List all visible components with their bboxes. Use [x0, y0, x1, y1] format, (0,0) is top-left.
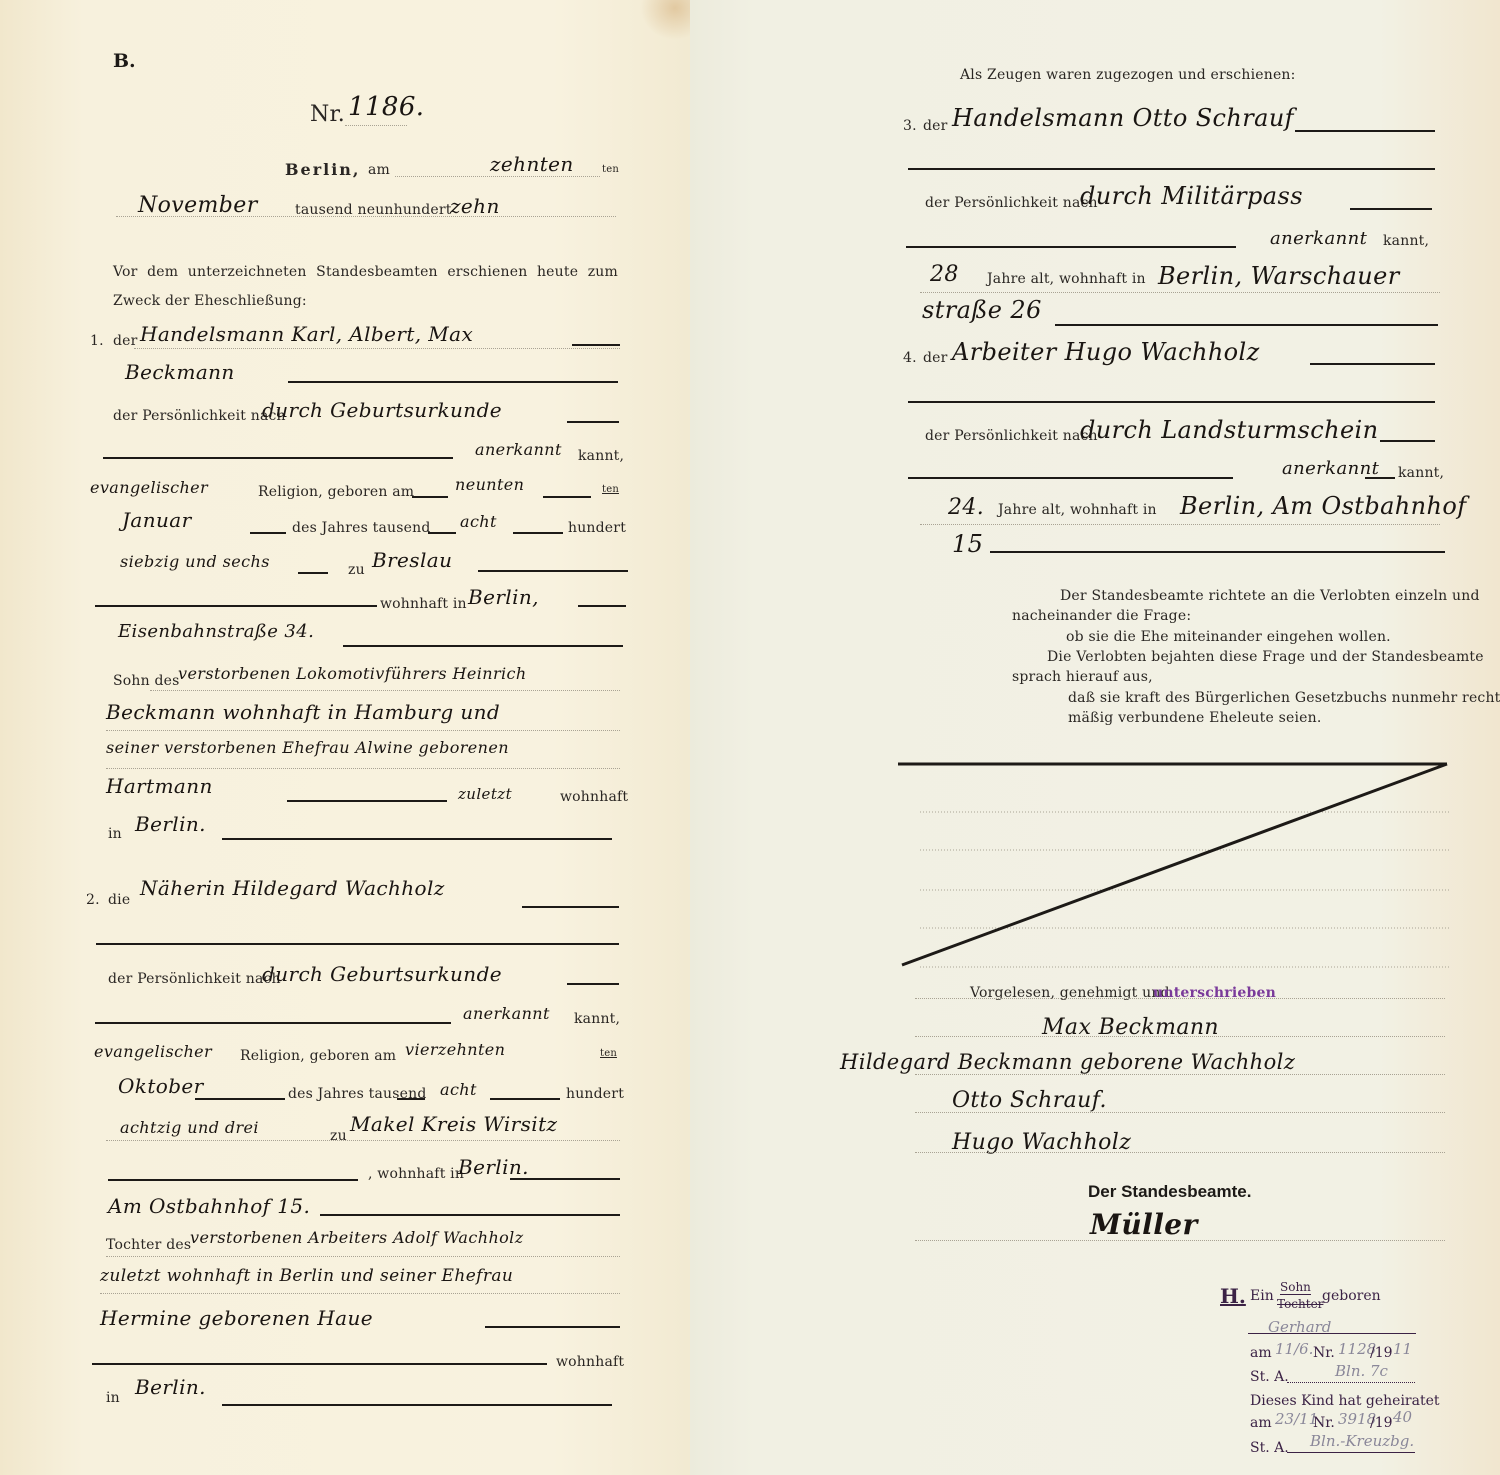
groom-mother: seiner verstorbenen Ehefrau Alwine gebor…	[106, 738, 509, 757]
record-number-label: Nr.	[310, 102, 345, 127]
bride-birth-month: Oktober	[118, 1074, 204, 1098]
bride-birth-century: acht	[440, 1080, 477, 1099]
bride-birthplace-label: zu	[330, 1128, 347, 1144]
groom-last-label: zuletzt	[458, 785, 512, 803]
birth-year-prefix: /19	[1370, 1345, 1393, 1361]
groom-religion-value: evangelischer	[90, 478, 208, 497]
groom-religion-label: Religion, geboren am	[258, 484, 414, 500]
witness3-number: 3.	[903, 118, 917, 134]
bride-birthplace: Makel Kreis Wirsitz	[350, 1112, 557, 1136]
marginal-ein: Ein	[1250, 1288, 1274, 1304]
bride-religion-value: evangelischer	[94, 1042, 212, 1061]
groom-identity-value: durch Geburtsurkunde	[262, 398, 502, 422]
marginal-letter: H.	[1220, 1284, 1246, 1308]
witness3-identity-value: durch Militärpass	[1080, 182, 1303, 210]
groom-hundred-label: hundert	[568, 520, 626, 536]
month-value: November	[138, 193, 258, 218]
marginal-sohn: Sohn	[1280, 1280, 1311, 1295]
groom-residence-label: wohnhaft in	[380, 596, 467, 612]
groom-residence-city: Berlin,	[468, 585, 539, 609]
groom-birth-century: acht	[460, 512, 497, 531]
witness4-article: der	[923, 350, 948, 366]
bride-birth-year-words: achtzig und drei	[120, 1118, 259, 1137]
witness4-identity-label: der Persönlichkeit nach	[925, 428, 1098, 444]
bride-mother: Hermine geborenen Haue	[100, 1306, 373, 1330]
witness4-known-label: kannt,	[1398, 465, 1444, 481]
groom-last-residence: Berlin.	[135, 812, 206, 836]
witness4-residence-line2: 15	[952, 530, 983, 558]
bride-residence-label: , wohnhaft in	[368, 1166, 464, 1182]
bride-parents-label: Tochter des	[106, 1237, 191, 1253]
groom-birth-day: neunten	[455, 475, 524, 494]
registrar-label: Der Standesbeamte.	[1088, 1182, 1251, 1202]
bride-last-residence-label: wohnhaft	[556, 1354, 624, 1370]
birth-year: 11	[1393, 1340, 1412, 1358]
groom-article: der	[113, 333, 138, 349]
witness4-number: 4.	[903, 350, 917, 366]
record-number: 1186.	[348, 92, 424, 122]
bride-occupation-name: Näherin Hildegard Wachholz	[140, 876, 445, 900]
witness3-known-value: anerkannt	[1270, 228, 1367, 249]
registrar-signature: Müller	[1090, 1208, 1198, 1241]
groom-birth-day-suffix: ten	[602, 484, 619, 495]
bride-identity-value: durch Geburtsurkunde	[262, 962, 502, 986]
declaration-line6: daß sie kraft des Bürgerlichen Gesetzbuc…	[1068, 690, 1500, 706]
groom-identity-label: der Persönlichkeit nach	[113, 408, 286, 424]
left-page: B. Nr. 1186. Berlin, am zehnten ten Nove…	[0, 0, 690, 1475]
witness3-occupation-name: Handelsmann Otto Schrauf	[952, 104, 1294, 132]
groom-known-label: kannt,	[578, 448, 624, 464]
witness4-residence: Berlin, Am Ostbahnhof	[1180, 492, 1467, 520]
bride-father: verstorbenen Arbeiters Adolf Wachholz	[190, 1228, 524, 1247]
declaration-line7: mäßig verbundene Eheleute seien.	[1068, 710, 1322, 726]
bride-religion-label: Religion, geboren am	[240, 1048, 396, 1064]
bride-number: 2.	[86, 892, 100, 908]
groom-residence-street: Eisenbahnstraße 34.	[118, 621, 314, 642]
bride-signature: Hildegard Beckmann geborene Wachholz	[840, 1050, 1295, 1074]
groom-parents-label: Sohn des	[113, 673, 180, 689]
witness4-identity-value: durch Landsturmschein	[1080, 416, 1379, 444]
birth-date: 11/6.	[1275, 1340, 1313, 1358]
birth-office-label: St. A.	[1250, 1369, 1289, 1385]
bride-hundred-label: hundert	[566, 1086, 624, 1102]
groom-last-residence-prefix: in	[108, 826, 122, 842]
marriage-office: Bln.-Kreuzbg.	[1310, 1432, 1414, 1450]
day-suffix: ten	[602, 164, 619, 175]
bride-article: die	[108, 892, 130, 908]
groom-birthplace-label: zu	[348, 562, 365, 578]
form-letter: B.	[113, 50, 136, 72]
marriage-nr-label: Nr.	[1313, 1415, 1335, 1431]
witness4-age-label: Jahre alt, wohnhaft in	[998, 502, 1157, 518]
groom-known-value: anerkannt	[475, 440, 562, 459]
cancellation-strike-icon	[890, 750, 1460, 980]
bride-residence-street: Am Ostbahnhof 15.	[108, 1194, 310, 1218]
bride-known-value: anerkannt	[463, 1004, 550, 1023]
bride-last-residence-prefix: in	[106, 1390, 120, 1406]
witness3-residence-line2: straße 26	[922, 296, 1042, 324]
marginal-tochter: Tochter	[1277, 1297, 1323, 1311]
bride-last-residence: Berlin.	[135, 1375, 206, 1399]
date-prefix: am	[368, 162, 390, 178]
declaration-line3: ob sie die Ehe miteinander eingehen woll…	[1066, 629, 1391, 645]
birth-nr-label: Nr.	[1313, 1345, 1335, 1361]
day-value: zehnten	[490, 152, 574, 176]
groom-year-label: des Jahres tausend	[292, 520, 431, 536]
groom-birth-month: Januar	[122, 508, 192, 532]
marriage-year-prefix: /19	[1370, 1415, 1393, 1431]
declaration-line2: nacheinander die Frage:	[1012, 608, 1191, 624]
witness3-residence: Berlin, Warschauer	[1158, 262, 1400, 290]
bride-identity-label: der Persönlichkeit nach	[108, 971, 281, 987]
bride-birth-day: vierzehnten	[405, 1040, 505, 1059]
marriage-year: 40	[1393, 1408, 1412, 1426]
witness3-article: der	[923, 118, 948, 134]
marginal-geboren: geboren	[1322, 1288, 1381, 1304]
groom-father: verstorbenen Lokomotivführers Heinrich	[178, 664, 527, 683]
marriage-am-label: am	[1250, 1415, 1272, 1431]
bride-father-line2: zuletzt wohnhaft in Berlin und seiner Eh…	[100, 1266, 513, 1286]
birth-am-label: am	[1250, 1345, 1272, 1361]
witness1-signature: Otto Schrauf.	[952, 1088, 1107, 1113]
birth-office: Bln. 7c	[1335, 1362, 1388, 1380]
right-page: Als Zeugen waren zugezogen und erschiene…	[690, 0, 1500, 1475]
witness3-known-label: kannt,	[1383, 233, 1429, 249]
groom-mother-maiden: Hartmann	[106, 774, 213, 798]
witness3-age-label: Jahre alt, wohnhaft in	[987, 271, 1146, 287]
bride-known-label: kannt,	[574, 1011, 620, 1027]
groom-father-line2: Beckmann wohnhaft in Hamburg und	[106, 700, 500, 724]
groom-birth-year-words: siebzig und sechs	[120, 552, 270, 571]
witness4-age: 24.	[948, 495, 984, 520]
bride-birth-day-suffix: ten	[600, 1048, 617, 1059]
declaration-line4: Die Verlobten bejahten diese Frage und d…	[1047, 649, 1484, 665]
groom-occupation-name: Handelsmann Karl, Albert, Max	[140, 322, 473, 346]
year-suffix: zehn	[450, 194, 500, 218]
bride-residence-city: Berlin.	[458, 1155, 529, 1179]
witness4-known-value: anerkannt	[1282, 458, 1379, 479]
witness4-occupation-name: Arbeiter Hugo Wachholz	[952, 338, 1260, 366]
witness3-identity-label: der Persönlichkeit nach	[925, 195, 1098, 211]
place: Berlin,	[285, 160, 361, 179]
intro-text: Vor dem unterzeichneten Standesbeamten e…	[113, 258, 618, 316]
declaration-line5: sprach hierauf aus,	[1012, 669, 1153, 685]
witnesses-heading: Als Zeugen waren zugezogen und erschiene…	[960, 67, 1296, 83]
marriage-office-label: St. A.	[1250, 1440, 1289, 1456]
groom-number: 1.	[90, 333, 104, 349]
groom-surname: Beckmann	[125, 360, 235, 384]
groom-birthplace: Breslau	[372, 548, 452, 572]
declaration-line1: Der Standesbeamte richtete an die Verlob…	[1060, 588, 1480, 604]
witness3-age: 28	[930, 262, 959, 287]
married-label: Dieses Kind hat geheiratet	[1250, 1393, 1440, 1409]
groom-last-residence-label: wohnhaft	[560, 789, 628, 805]
